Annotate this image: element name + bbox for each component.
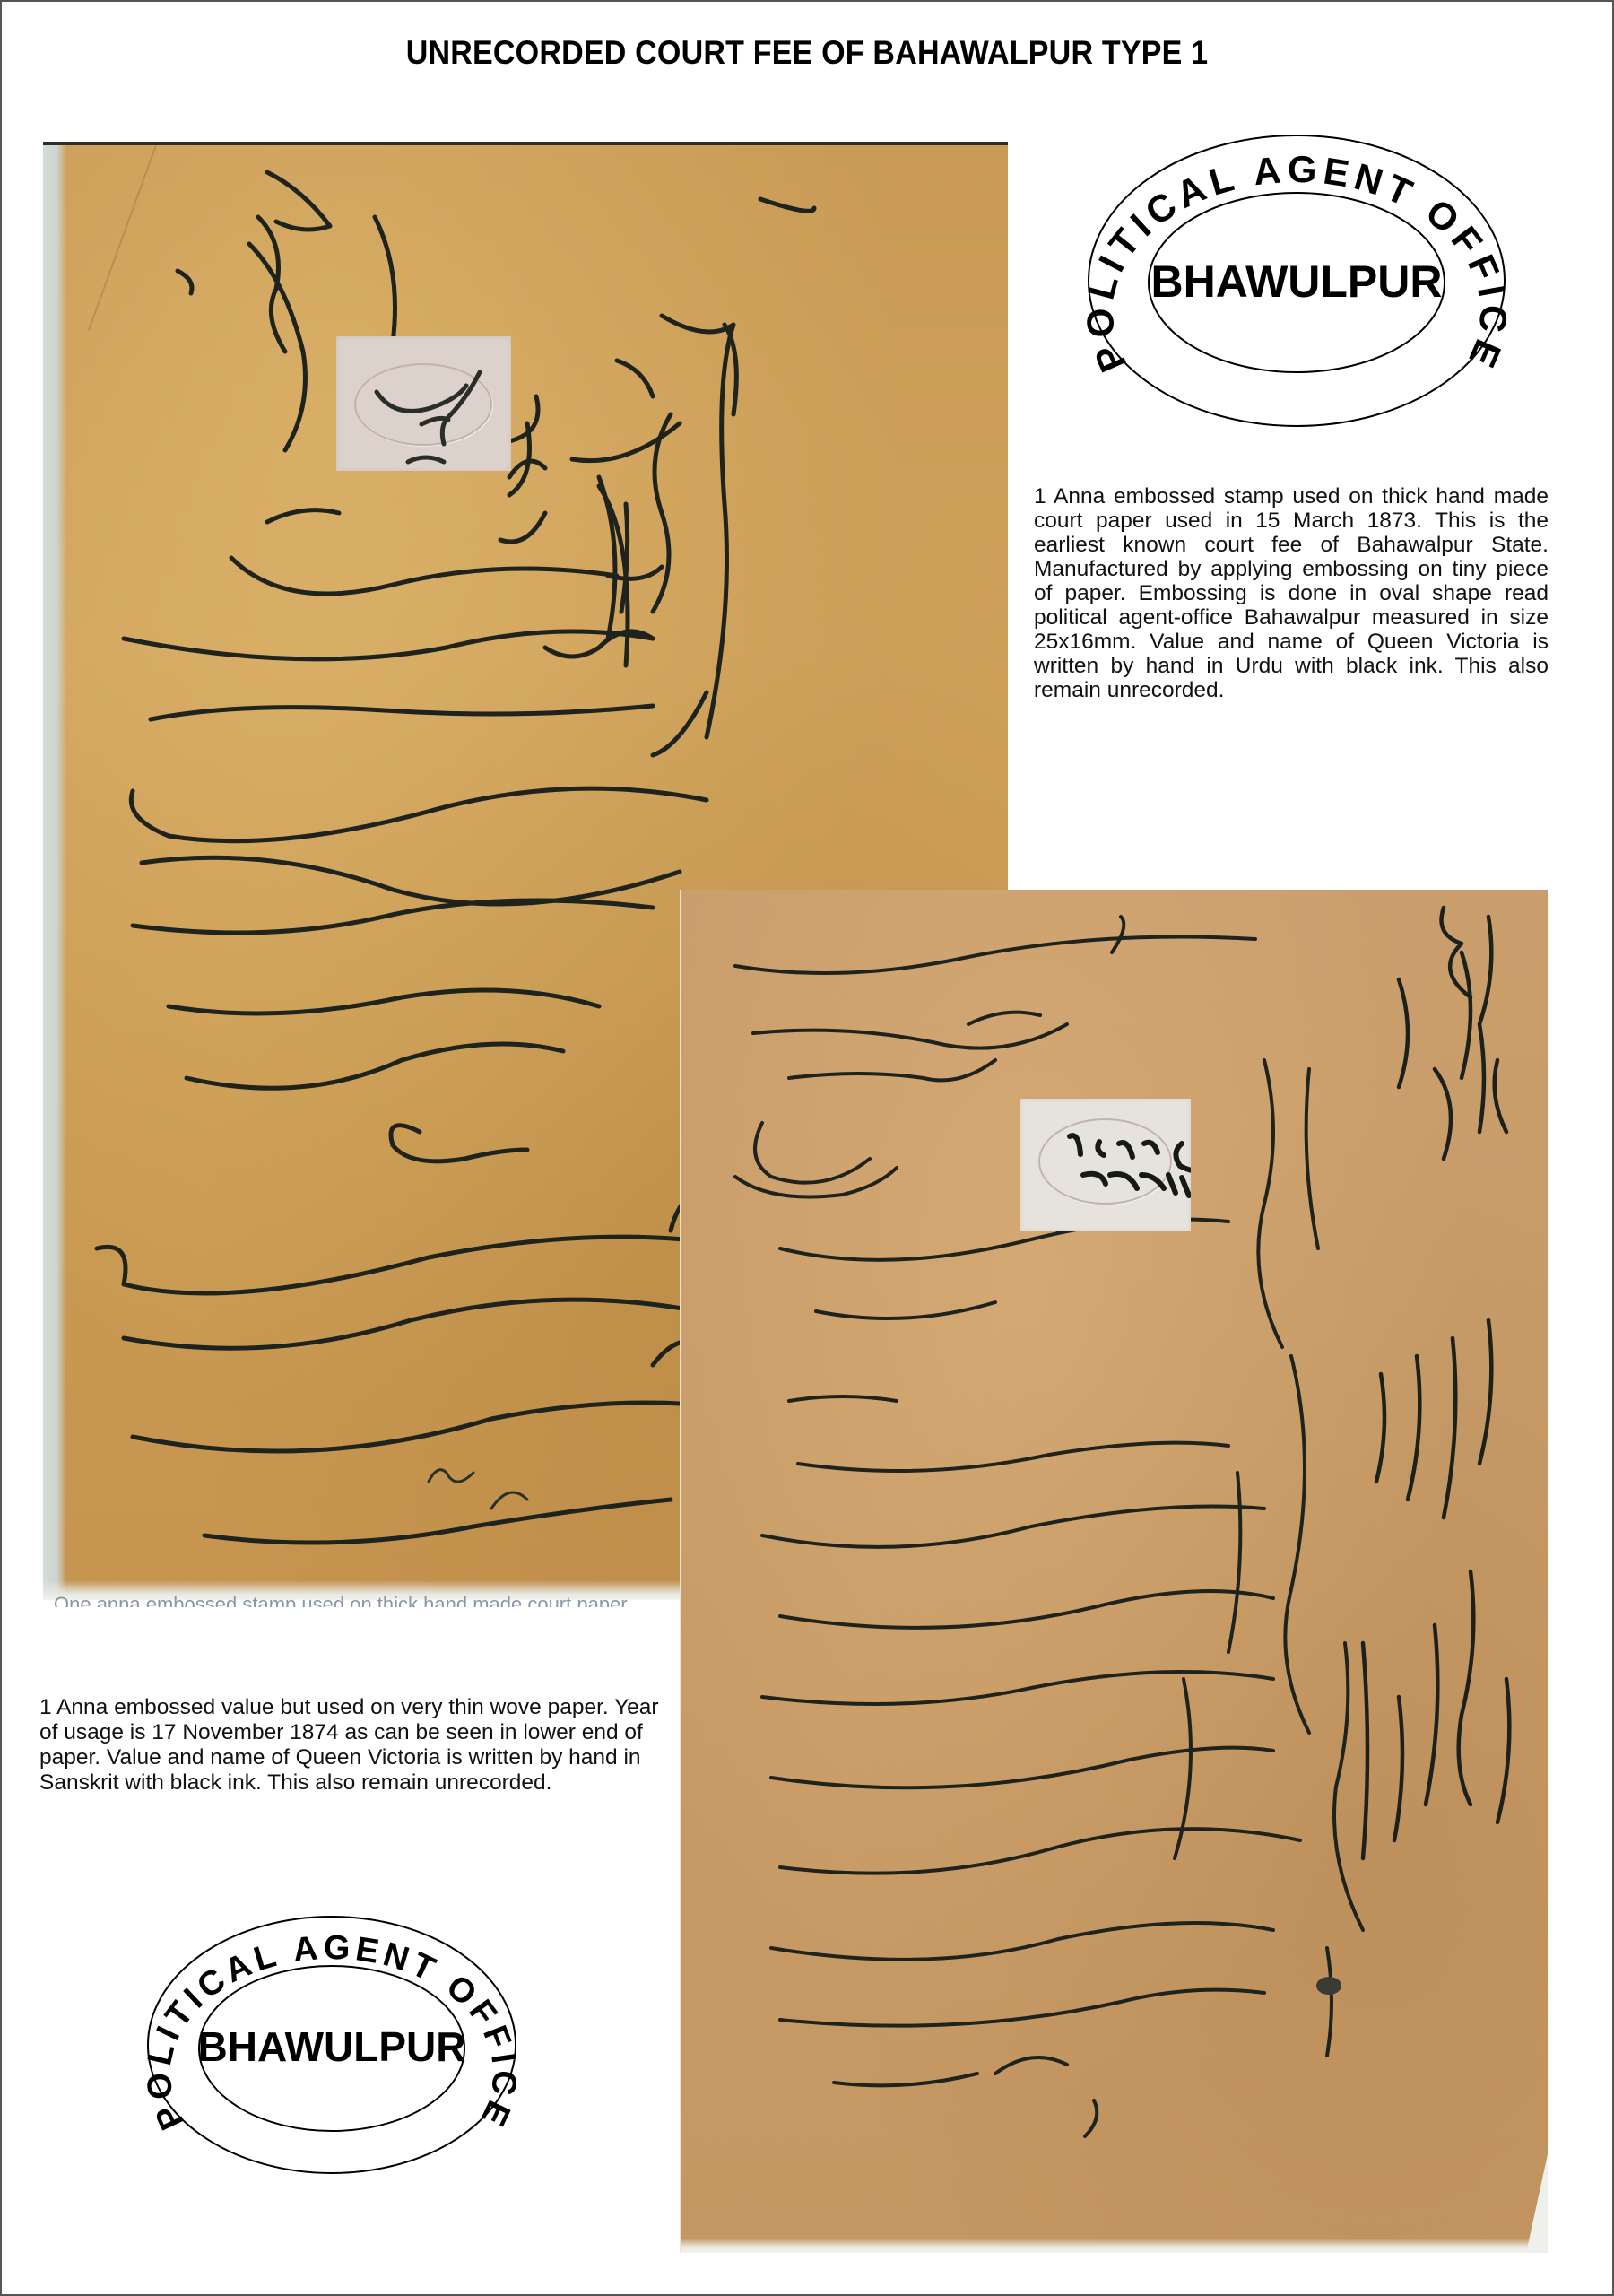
urdu-sanskrit-handwriting xyxy=(681,890,1548,2253)
seal-center-text: BHAWULPUR xyxy=(1151,257,1443,307)
paper-edge xyxy=(681,2239,1548,2253)
description-1873: 1 Anna embossed stamp used on thick hand… xyxy=(1034,484,1549,702)
paper-fold xyxy=(88,145,157,331)
description-1874: 1 Anna embossed value but used on very t… xyxy=(39,1695,660,1796)
paper-edge xyxy=(43,145,66,1600)
embossed-stamp-sanskrit xyxy=(1020,1099,1191,1231)
political-agent-seal: POLITICAL AGENT OFFICE BHAWULPUR xyxy=(1072,128,1521,433)
page-title: UNRECORDED COURT FEE OF BAHAWALPUR TYPE … xyxy=(65,34,1549,72)
political-agent-seal: POLITICAL AGENT OFFICE BHAWULPUR xyxy=(134,1910,529,2179)
embossed-stamp-urdu xyxy=(336,336,511,471)
scan-caption-fragment: One anna embossed stamp used on thick ha… xyxy=(54,1595,681,1607)
oval-emboss xyxy=(1038,1118,1172,1205)
oval-emboss xyxy=(354,363,492,446)
court-document-1874 xyxy=(681,890,1548,2253)
torn-corner xyxy=(1526,2154,1548,2253)
seal-center-text: BHAWULPUR xyxy=(198,2023,466,2070)
